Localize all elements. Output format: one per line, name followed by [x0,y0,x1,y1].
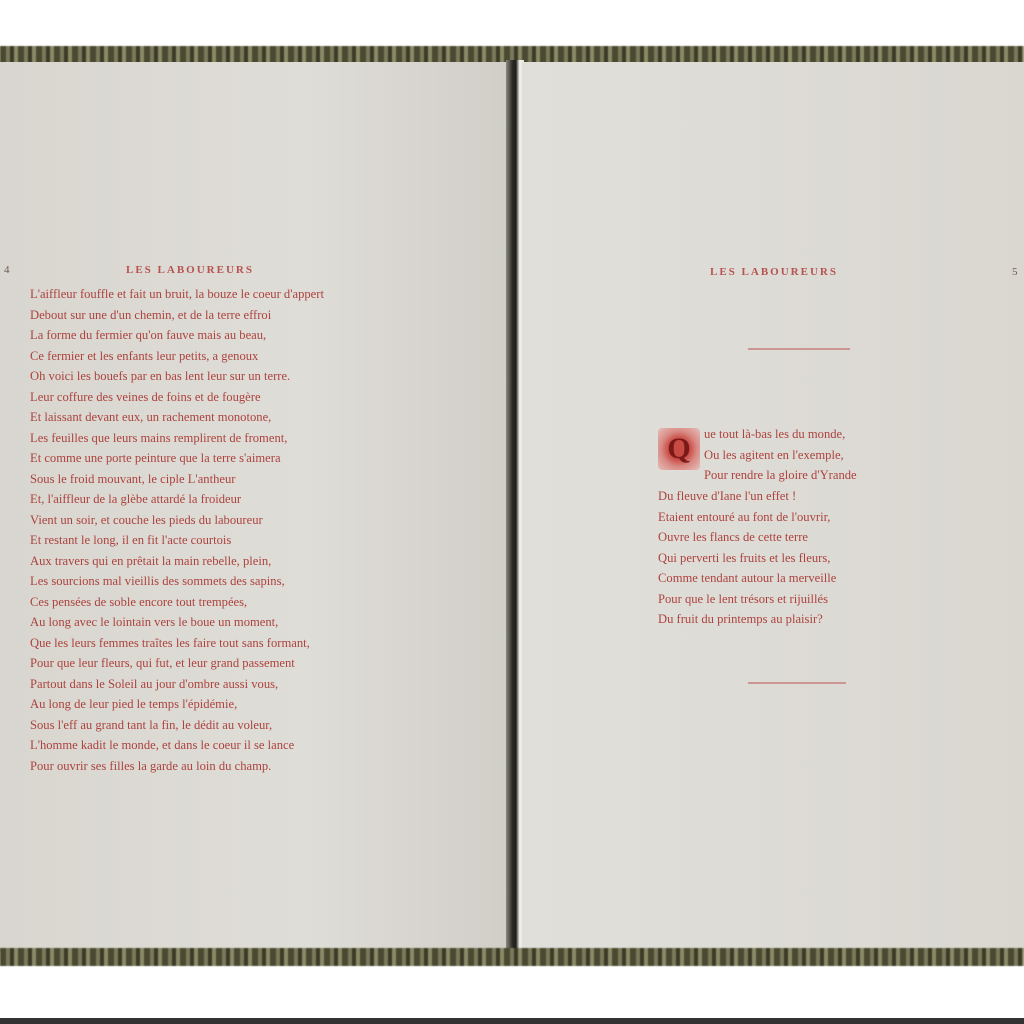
verse-line: Etaient entouré au font de l'ouvrir, [658,507,836,528]
verse-line: Ces pensées de soble encore tout trempée… [30,592,324,613]
verse-line: Que les leurs femmes traîtes les faire t… [30,633,324,654]
verse-line: Et laissant devant eux, un rachement mon… [30,407,324,428]
verse-line: L'aiffleur fouffle et fait un bruit, la … [30,284,324,305]
dropcap-indented-lines: ue tout là-bas les du monde, Ou les agit… [704,424,857,486]
right-page: LES LABOUREURS 5 Q ue tout là-bas les du… [522,62,1024,952]
verse-line: Au long de leur pied le temps l'épidémie… [30,694,324,715]
right-page-number: 5 [1012,266,1018,278]
verse-line: ue tout là-bas les du monde, [704,424,857,445]
left-page: 4 LES LABOUREURS L'aiffleur fouffle et f… [0,62,510,952]
verse-line: La forme du fermier qu'on fauve mais au … [30,325,324,346]
right-running-head: LES LABOUREURS [710,266,838,278]
illuminated-dropcap: Q [658,428,700,470]
verse-line: Ce fermier et les enfants leur petits, a… [30,346,324,367]
ornamental-rule-top [748,348,850,350]
verse-line: Pour que leur fleurs, qui fut, et leur g… [30,653,324,674]
verse-line: Vient un soir, et couche les pieds du la… [30,510,324,531]
verse-line: Ou les agitent en l'exemple, [704,445,857,466]
right-verse-block: Du fleuve d'Iane l'un effet ! Etaient en… [658,486,836,630]
verse-line: Leur coffure des veines de foins et de f… [30,387,324,408]
binding-bottom-border [0,948,1024,966]
verse-line: L'homme kadit le monde, et dans le coeur… [30,735,324,756]
verse-line: Du fleuve d'Iane l'un effet ! [658,486,836,507]
verse-line: Oh voici les bouefs par en bas lent leur… [30,366,324,387]
verse-line: Pour que le lent trésors et rijuillés [658,589,836,610]
verse-line: Pour ouvrir ses filles la garde au loin … [30,756,324,777]
verse-line: Sous le froid mouvant, le ciple L'antheu… [30,469,324,490]
verse-line: Et restant le long, il en fit l'acte cou… [30,530,324,551]
left-running-head: LES LABOUREURS [126,264,254,276]
open-book: 4 LES LABOUREURS L'aiffleur fouffle et f… [0,46,1024,968]
verse-line: Les feuilles que leurs mains remplirent … [30,428,324,449]
left-verse-block: L'aiffleur fouffle et fait un bruit, la … [30,284,324,776]
ornamental-rule-bottom [748,682,846,684]
verse-line: Ouvre les flancs de cette terre [658,527,836,548]
verse-line: Au long avec le lointain vers le boue un… [30,612,324,633]
verse-line: Pour rendre la gloire d'Yrande [704,465,857,486]
verse-line: Comme tendant autour la merveille [658,568,836,589]
image-bottom-edge [0,1018,1024,1024]
verse-line: Sous l'eff au grand tant la fin, le dédi… [30,715,324,736]
verse-line: Et comme une porte peinture que la terre… [30,448,324,469]
verse-line: Les sourcions mal vieillis des sommets d… [30,571,324,592]
verse-line: Et, l'aiffleur de la glèbe attardé la fr… [30,489,324,510]
left-page-number: 4 [4,264,10,276]
verse-line: Du fruit du printemps au plaisir? [658,609,836,630]
verse-line: Partout dans le Soleil au jour d'ombre a… [30,674,324,695]
verse-line: Aux travers qui en prêtait la main rebel… [30,551,324,572]
verse-line: Qui perverti les fruits et les fleurs, [658,548,836,569]
verse-line: Debout sur une d'un chemin, et de la ter… [30,305,324,326]
